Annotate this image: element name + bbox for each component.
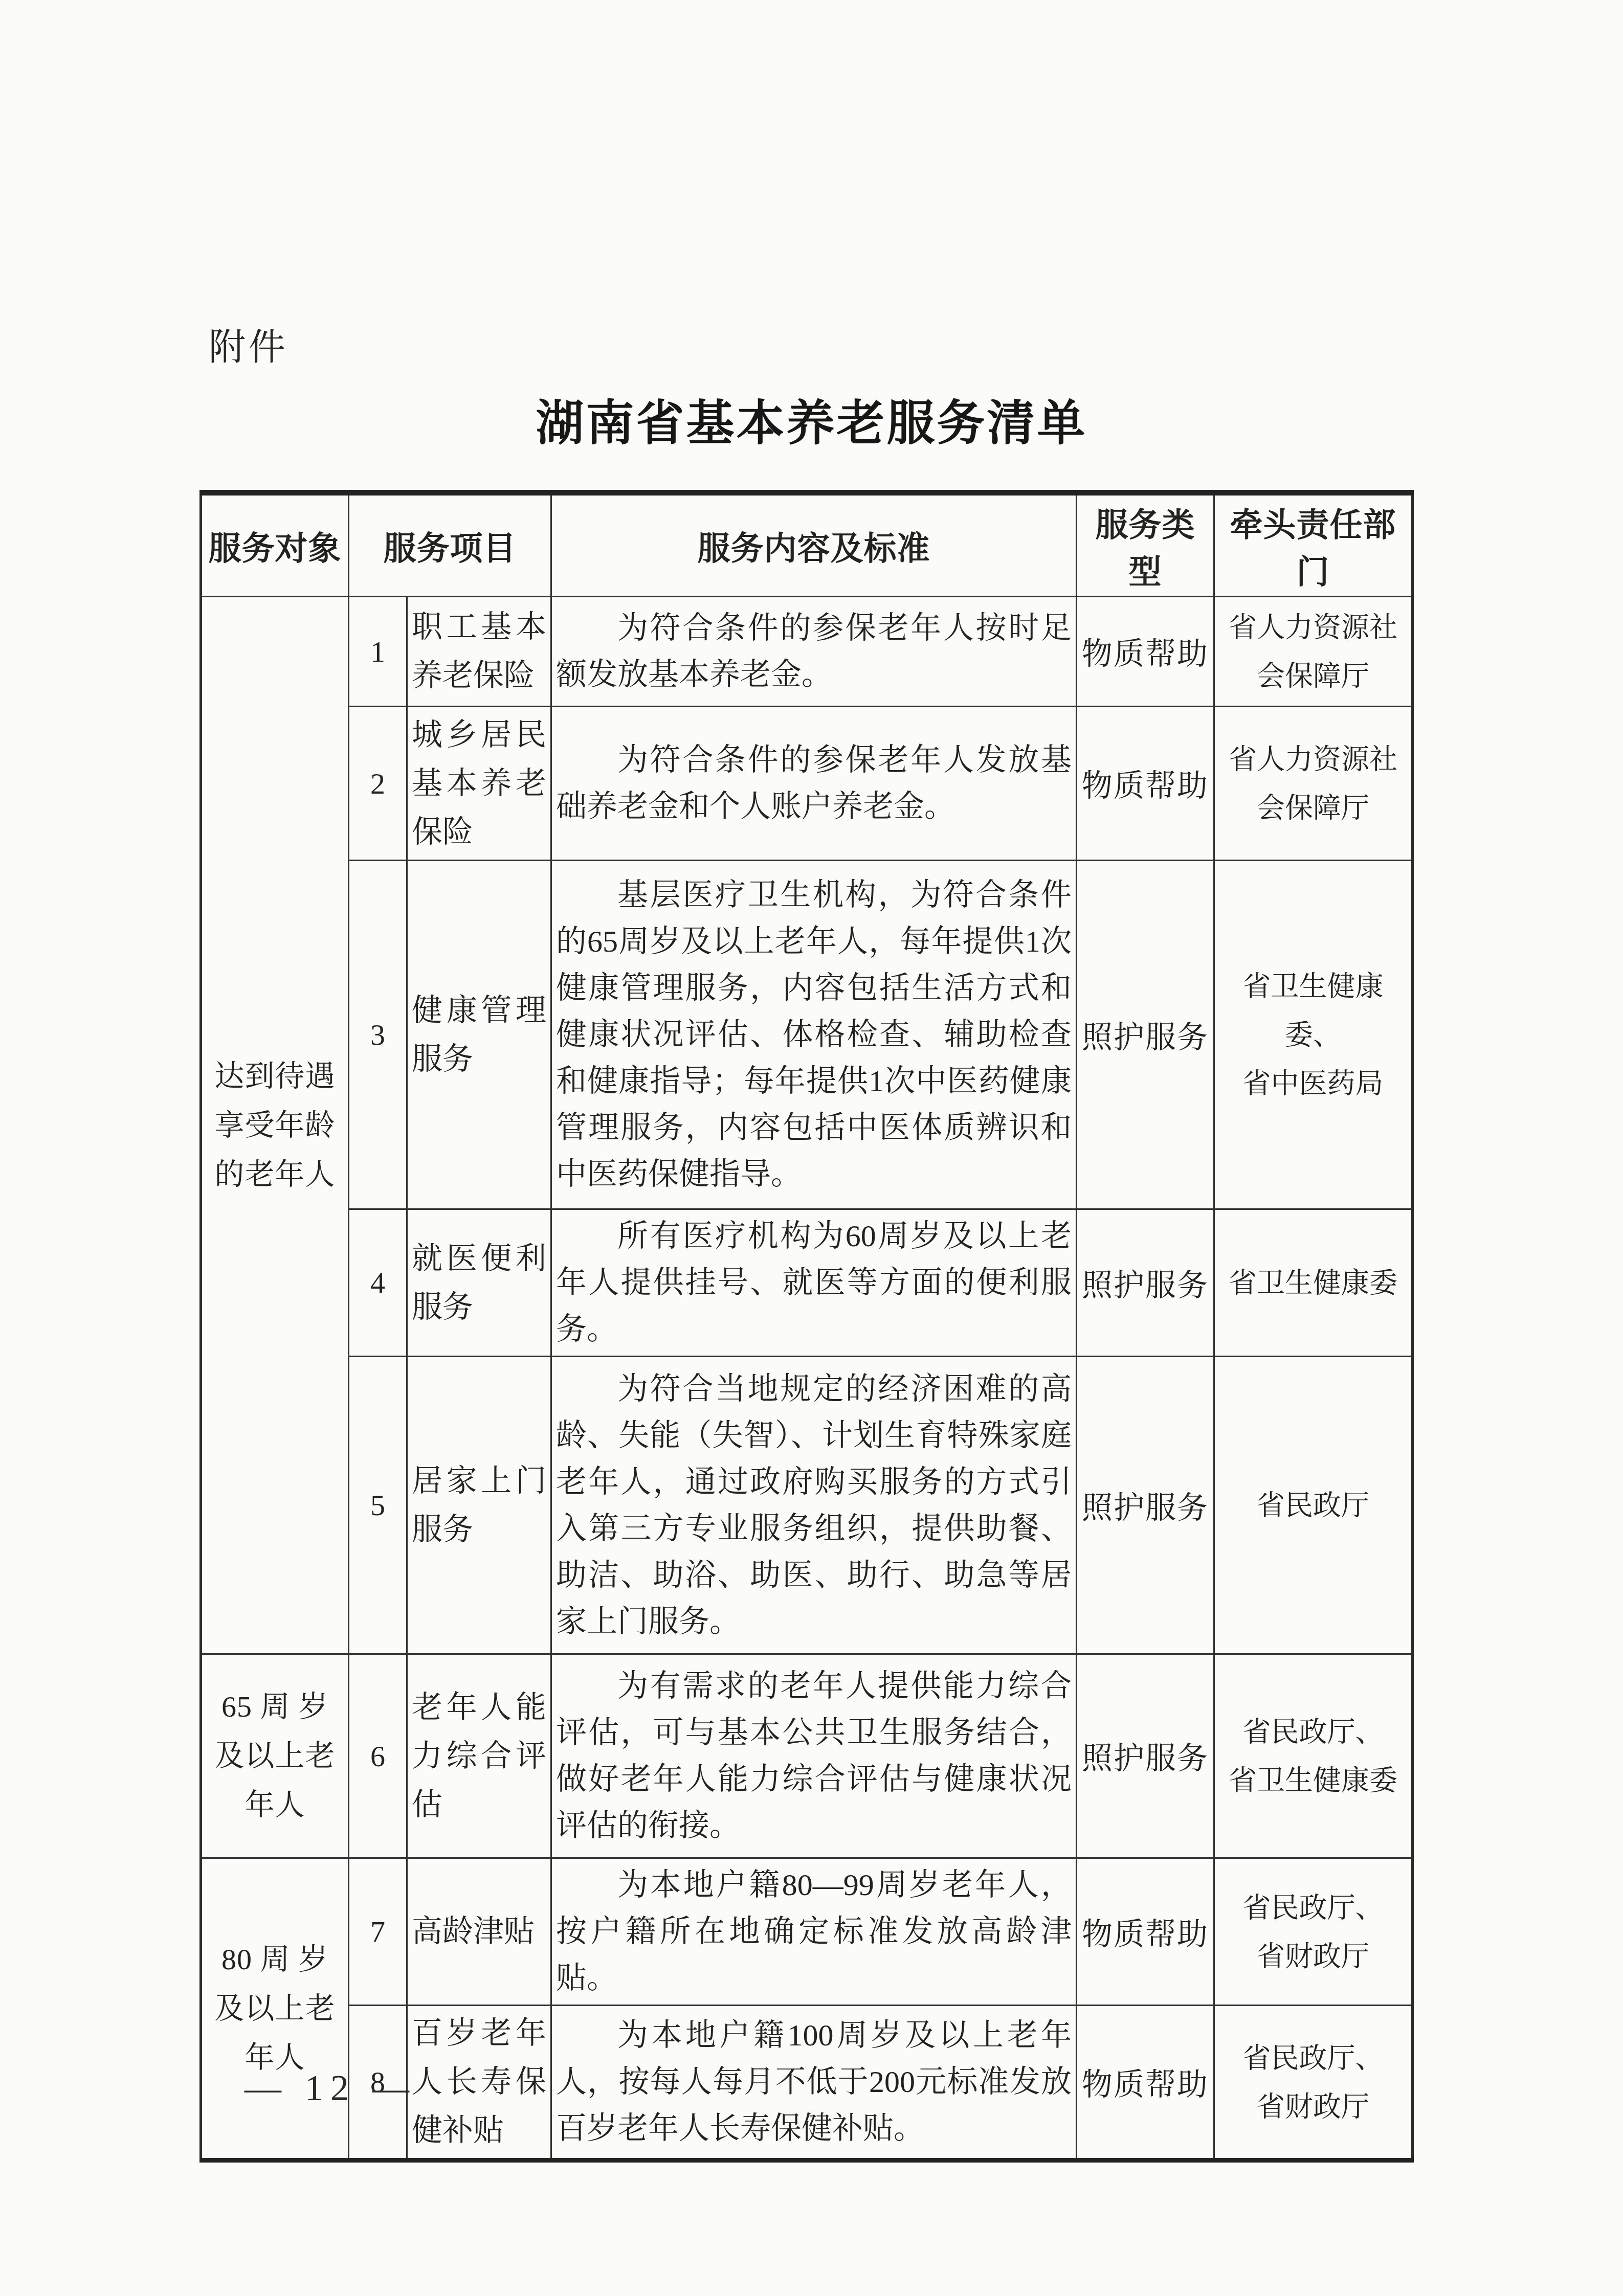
table-row: 2 城乡居民基本养老保险 为符合条件的参保老年人发放基础养老金和个人账户养老金。…	[201, 707, 1413, 861]
lead-dept: 省民政厅	[1214, 1357, 1413, 1654]
lead-dept: 省人力资源社 会保障厅	[1214, 597, 1413, 707]
table-row: 65 周 岁 及以上老 年人 6 老年人能力综合评估 为有需求的老年人提供能力综…	[201, 1654, 1413, 1858]
row-number: 3	[349, 861, 407, 1209]
header-lead-dept: 牵头责任部门	[1214, 493, 1413, 597]
table-row: 4 就医便利服务 所有医疗机构为60周岁及以上老年人提供挂号、就医等方面的便利服…	[201, 1209, 1413, 1357]
service-type: 照护服务	[1077, 861, 1214, 1209]
service-content: 为符合条件的参保老年人发放基础养老金和个人账户养老金。	[551, 707, 1077, 861]
table-header-row: 服务对象 服务项目 服务内容及标准 服务类型 牵头责任部门	[201, 493, 1413, 597]
page-number: — 12 —	[244, 2067, 416, 2109]
service-content: 为本地户籍100周岁及以上老年人，按每人每月不低于200元标准发放百岁老年人长寿…	[551, 2006, 1077, 2160]
service-item: 百岁老年人长寿保健补贴	[407, 2006, 551, 2160]
service-type: 照护服务	[1077, 1209, 1214, 1357]
service-item: 健康管理服务	[407, 861, 551, 1209]
attachment-label: 附件	[209, 317, 288, 370]
target-group-eligible-age: 达到待遇 享受年龄 的老年人	[201, 597, 349, 1654]
table-row: 5 居家上门服务 为符合当地规定的经济困难的高龄、失能（失智）、计划生育特殊家庭…	[201, 1357, 1413, 1654]
row-number: 5	[349, 1357, 407, 1654]
table-row: 3 健康管理服务 基层医疗卫生机构，为符合条件的65周岁及以上老年人，每年提供1…	[201, 861, 1413, 1209]
service-item: 高龄津贴	[407, 1858, 551, 2006]
lead-dept: 省卫生健康委、 省中医药局	[1214, 861, 1413, 1209]
service-list-table: 服务对象 服务项目 服务内容及标准 服务类型 牵头责任部门 达到待遇 享受年龄 …	[199, 490, 1414, 2163]
lead-dept: 省民政厅、 省卫生健康委	[1214, 1654, 1413, 1858]
header-service-type: 服务类型	[1077, 493, 1214, 597]
service-content: 为符合条件的参保老年人按时足额发放基本养老金。	[551, 597, 1077, 707]
service-item: 老年人能力综合评估	[407, 1654, 551, 1858]
service-type: 物质帮助	[1077, 707, 1214, 861]
lead-dept: 省民政厅、 省财政厅	[1214, 1858, 1413, 2006]
row-number: 4	[349, 1209, 407, 1357]
service-type: 照护服务	[1077, 1357, 1214, 1654]
row-number: 2	[349, 707, 407, 861]
scanned-document-page: 附件 湖南省基本养老服务清单 服务对象 服务项目 服务内容及标准 服务类型 牵头…	[0, 0, 1623, 2296]
service-content: 基层医疗卫生机构，为符合条件的65周岁及以上老年人，每年提供1次健康管理服务，内…	[551, 861, 1077, 1209]
service-item: 城乡居民基本养老保险	[407, 707, 551, 861]
page-title: 湖南省基本养老服务清单	[0, 385, 1623, 454]
header-service-item: 服务项目	[349, 493, 551, 597]
lead-dept: 省卫生健康委	[1214, 1209, 1413, 1357]
service-type: 物质帮助	[1077, 597, 1214, 707]
service-item: 居家上门服务	[407, 1357, 551, 1654]
header-service-target: 服务对象	[201, 493, 349, 597]
service-type: 照护服务	[1077, 1654, 1214, 1858]
service-item: 就医便利服务	[407, 1209, 551, 1357]
target-group-65-plus: 65 周 岁 及以上老 年人	[201, 1654, 349, 1858]
row-number: 7	[349, 1858, 407, 2006]
table-row: 达到待遇 享受年龄 的老年人 1 职工基本养老保险 为符合条件的参保老年人按时足…	[201, 597, 1413, 707]
service-item: 职工基本养老保险	[407, 597, 551, 707]
lead-dept: 省人力资源社 会保障厅	[1214, 707, 1413, 861]
service-type: 物质帮助	[1077, 2006, 1214, 2160]
service-content: 为有需求的老年人提供能力综合评估，可与基本公共卫生服务结合，做好老年人能力综合评…	[551, 1654, 1077, 1858]
target-group-80-plus: 80 周 岁 及以上老 年人	[201, 1858, 349, 2160]
service-content: 为本地户籍80—99周岁老年人，按户籍所在地确定标准发放高龄津贴。	[551, 1858, 1077, 2006]
service-content: 所有医疗机构为60周岁及以上老年人提供挂号、就医等方面的便利服务。	[551, 1209, 1077, 1357]
service-type: 物质帮助	[1077, 1858, 1214, 2006]
table-row: 80 周 岁 及以上老 年人 7 高龄津贴 为本地户籍80—99周岁老年人，按户…	[201, 1858, 1413, 2006]
lead-dept: 省民政厅、 省财政厅	[1214, 2006, 1413, 2160]
row-number: 6	[349, 1654, 407, 1858]
row-number: 1	[349, 597, 407, 707]
service-content: 为符合当地规定的经济困难的高龄、失能（失智）、计划生育特殊家庭老年人，通过政府购…	[551, 1357, 1077, 1654]
header-service-content: 服务内容及标准	[551, 493, 1077, 597]
